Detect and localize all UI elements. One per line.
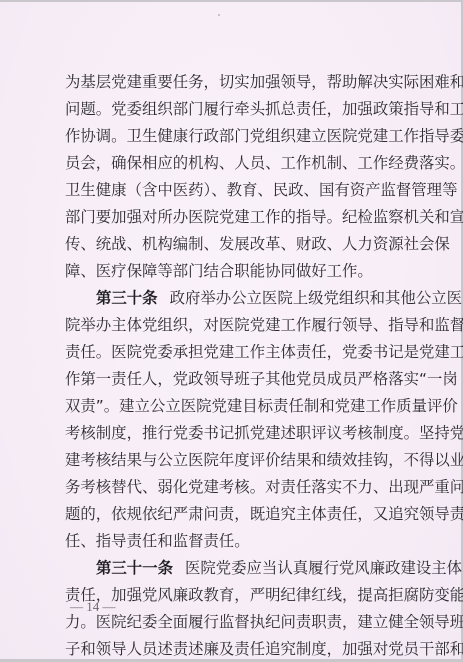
text-segment: 政府举办公立医院上级党组织和其他公立医 (170, 289, 462, 307)
text-line: 卫生健康（含中医药）、教育、民政、国有资产监督管理等 (65, 180, 411, 200)
article-heading: 第三十条 (96, 289, 158, 307)
text-line: 责任。医院党委承担党建工作主体责任，党委书记是党建工 (65, 342, 411, 362)
text-segment: 医院党委应当认真履行党风廉政建设主体 (185, 559, 462, 577)
text-line: 责任，加强党风廉政教育，严明纪律红线，提高拒腐防变能 (65, 585, 411, 605)
text-line: 障、医疗保障等部门结合职能协同做好工作。 (65, 261, 373, 281)
text-line: 员会，确保相应的机构、人员、工作机制、工作经费落实。 (65, 153, 411, 173)
text-line: 部门要加强对所办医院党建工作的指导。纪检监察机关和宣 (65, 207, 411, 227)
text-line: 务考核替代、弱化党建考核。对责任落实不力、出现严重问 (65, 477, 411, 497)
document-page: 为基层党建重要任务，切实加强领导，帮助解决实际困难和 问题。党委组织部门履行牵头… (0, 2, 461, 659)
text-line: 院举办主体党组织，对医院党建工作履行领导、指导和监督 (65, 315, 411, 335)
text-line: 题的，依规依纪严肃问责，既追究主体责任，又追究领导责 (65, 504, 411, 524)
text-line: 考核制度，推行党委书记抓党建述职评议考核制度。坚持党 (65, 423, 411, 443)
text-line: 任、指导责任和监督责任。 (65, 531, 250, 551)
text-line: 子和领导人员述责述廉及责任追究制度，加强对党员干部和 (65, 639, 411, 659)
text-line: 作协调。卫生健康行政部门党组织建立医院党建工作指导委 (65, 126, 411, 146)
text-line: 力。医院纪委全面履行监督执纪问责职责，建立健全领导班 (65, 612, 411, 632)
text-line: 建考核结果与公立医院年度评价结果和绩效挂钩，不得以业 (65, 450, 411, 470)
text-line: 双责”。建立公立医院党建目标责任制和党建工作质量评价 (65, 396, 411, 416)
text-line: 为基层党建重要任务，切实加强领导，帮助解决实际困难和 (65, 72, 411, 92)
text-line: 作第一责任人，党政领导班子其他党员成员严格落实“一岗 (65, 369, 411, 389)
scan-speck (405, 646, 407, 648)
article-heading: 第三十一条 (96, 559, 173, 577)
page-number: — 14 — (70, 599, 116, 615)
article-30-first-line: 第三十条政府举办公立医院上级党组织和其他公立医 (96, 288, 411, 308)
scan-speck (218, 14, 220, 16)
text-line: 问题。党委组织部门履行牵头抓总责任，加强政策指导和工 (65, 99, 411, 119)
text-line: 传、统战、机构编制、发展改革、财政、人力资源社会保 (65, 234, 411, 254)
article-31-first-line: 第三十一条医院党委应当认真履行党风廉政建设主体 (96, 558, 411, 578)
